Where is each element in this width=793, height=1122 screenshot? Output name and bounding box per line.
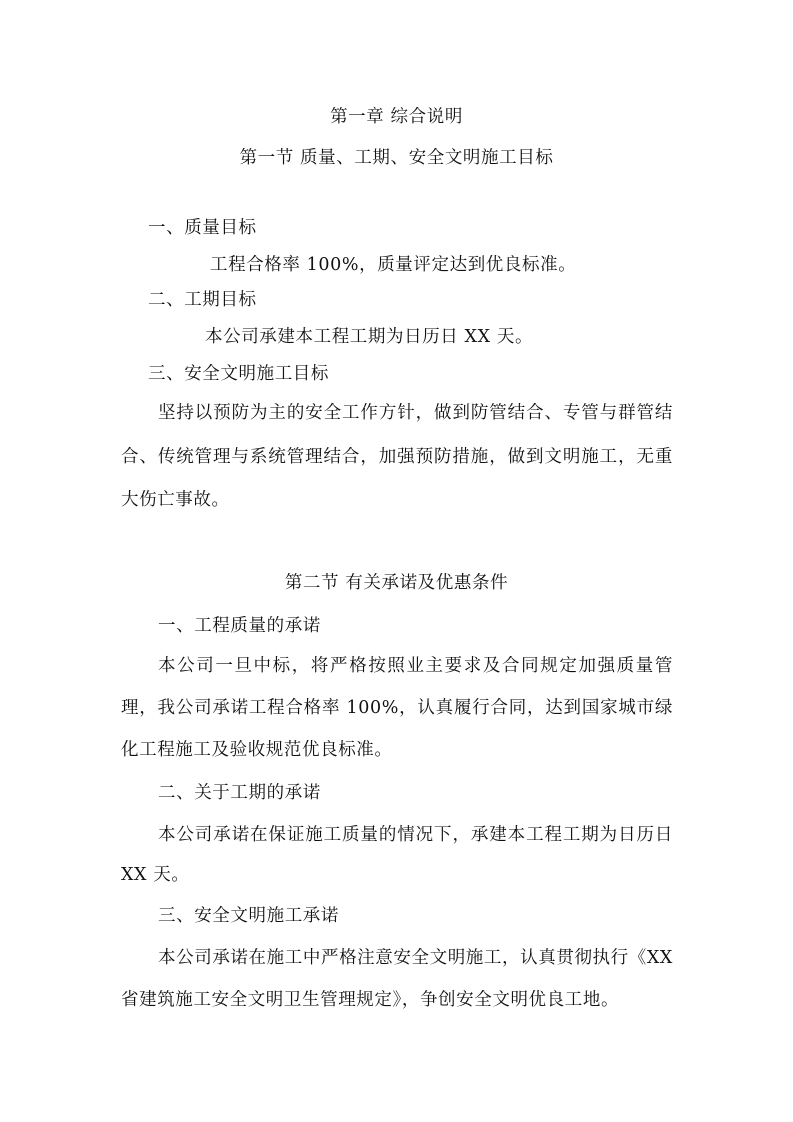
chapter-title: 第一章 综合说明 bbox=[0, 106, 793, 128]
schedule-commitment-line-2: XX 天。 bbox=[121, 864, 189, 886]
safety-goal-body-line-2: 合、传统管理与系统管理结合，加强预防措施，做到文明施工，无重 bbox=[121, 446, 673, 468]
safety-commitment-heading: 三、安全文明施工承诺 bbox=[158, 905, 339, 927]
safety-goal-body-line-1: 坚持以预防为主的安全工作方针，做到防管结合、专管与群管结 bbox=[158, 402, 673, 424]
schedule-commitment-heading: 二、关于工期的承诺 bbox=[158, 782, 321, 804]
schedule-commitment-line-1: 本公司承诺在保证施工质量的情况下，承建本工程工期为日历日 bbox=[158, 824, 673, 846]
section-2-title: 第二节 有关承诺及优惠条件 bbox=[0, 572, 793, 594]
schedule-goal-heading: 二、工期目标 bbox=[148, 289, 257, 311]
schedule-goal-body: 本公司承建本工程工期为日历日 XX 天。 bbox=[205, 326, 533, 348]
safety-commitment-line-2: 省建筑施工安全文明卫生管理规定》，争创安全文明优良工地。 bbox=[121, 989, 619, 1011]
quality-commitment-line-1: 本公司一旦中标，将严格按照业主要求及合同规定加强质量管 bbox=[158, 655, 673, 677]
quality-commitment-heading: 一、工程质量的承诺 bbox=[158, 615, 321, 637]
section-1-title: 第一节 质量、工期、安全文明施工目标 bbox=[0, 147, 793, 169]
quality-goal-heading: 一、质量目标 bbox=[148, 217, 257, 239]
quality-commitment-line-2: 理，我公司承诺工程合格率 100%，认真履行合同，达到国家城市绿 bbox=[121, 697, 673, 719]
safety-goal-heading: 三、安全文明施工目标 bbox=[148, 363, 329, 385]
quality-commitment-line-3: 化工程施工及验收规范优良标准。 bbox=[121, 739, 393, 761]
safety-commitment-line-1: 本公司承诺在施工中严格注意安全文明施工，认真贯彻执行《XX bbox=[158, 947, 673, 969]
safety-goal-body-line-3: 大伤亡事故。 bbox=[121, 489, 230, 511]
quality-goal-body: 工程合格率 100%，质量评定达到优良标准。 bbox=[210, 254, 576, 276]
document-page: 第一章 综合说明 第一节 质量、工期、安全文明施工目标 一、质量目标 工程合格率… bbox=[0, 0, 793, 1122]
